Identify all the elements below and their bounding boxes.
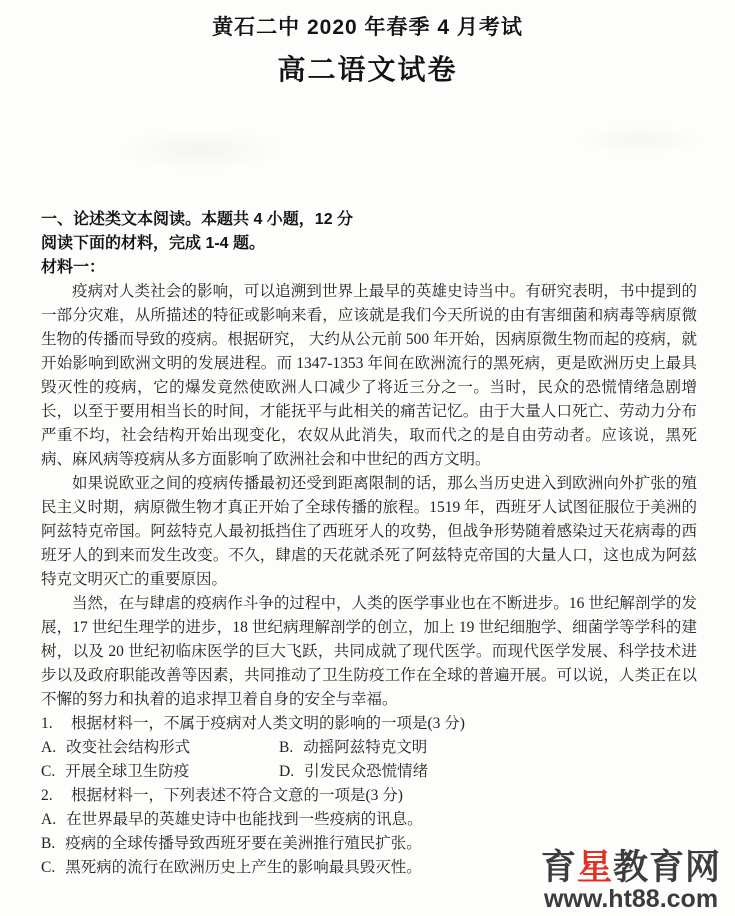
material-paragraph-1: 疫病对人类社会的影响，可以追溯到世界上最早的英雄史诗当中。有研究表明，书中提到的… xyxy=(41,280,697,472)
material-label: 材料一： xyxy=(41,256,697,280)
option-text: 在世界最早的英雄史诗中也能找到一些疫病的讯息。 xyxy=(66,808,423,832)
section-heading: 一、论述类文本阅读。本题共 4 小题，12 分 xyxy=(41,208,697,232)
question-2-option-a: A. 在世界最早的英雄史诗中也能找到一些疫病的讯息。 xyxy=(41,808,697,832)
paper-body: 一、论述类文本阅读。本题共 4 小题，12 分 阅读下面的材料，完成 1-4 题… xyxy=(0,208,735,880)
watermark-name-red-char: 星 xyxy=(577,848,613,887)
scanned-exam-page: 黄石二中 2020 年春季 4 月考试 高二语文试卷 一、论述类文本阅读。本题共… xyxy=(0,0,735,916)
question-1-option-b: B. 动摇阿兹特克文明 xyxy=(279,736,697,760)
question-2-number: 2. xyxy=(41,784,71,808)
question-1-option-d: D. 引发民众恐慌情绪 xyxy=(279,760,697,784)
material-paragraph-3: 当然，在与肆虐的疫病作斗争的过程中，人类的医学事业也在不断进步。16 世纪解剖学… xyxy=(41,592,697,712)
option-text: 黑死病的流行在欧洲历史上产生的影响最具毁灭性。 xyxy=(65,856,422,880)
question-2-stem: 2. 根据材料一，下列表述不符合文意的一项是(3 分) xyxy=(41,784,697,808)
option-label: C. xyxy=(41,760,55,784)
watermark-name-part1: 育 xyxy=(541,848,577,887)
option-text: 引发民众恐慌情绪 xyxy=(304,760,428,784)
section-instruction: 阅读下面的材料，完成 1-4 题。 xyxy=(41,232,697,256)
question-1-options: A. 改变社会结构形式 B. 动摇阿兹特克文明 C. 开展全球卫生防疫 D. 引… xyxy=(41,736,697,784)
watermark-name-part2: 教育网 xyxy=(613,848,721,887)
option-label: C. xyxy=(41,856,55,880)
option-text: 动摇阿兹特克文明 xyxy=(303,736,427,760)
page-header: 黄石二中 2020 年春季 4 月考试 高二语文试卷 xyxy=(0,0,735,90)
watermark-site-name: 育星教育网 xyxy=(533,850,729,885)
option-label: A. xyxy=(41,808,56,832)
option-label: A. xyxy=(41,736,56,760)
question-1-number: 1. xyxy=(41,712,71,736)
option-label: B. xyxy=(41,832,55,856)
option-text: 疫病的全球传播导致西班牙要在美洲推行殖民扩张。 xyxy=(65,832,422,856)
question-1-option-c: C. 开展全球卫生防疫 xyxy=(41,760,279,784)
material-paragraph-2: 如果说欧亚之间的疫病传播最初还受到距离限制的话，那么当历史进入到欧洲向外扩张的殖… xyxy=(41,472,697,592)
question-1-stem: 1. 根据材料一，不属于疫病对人类文明的影响的一项是(3 分) xyxy=(41,712,697,736)
option-text: 改变社会结构形式 xyxy=(66,736,190,760)
watermark-url: www.ht88.com xyxy=(533,887,729,912)
paper-title: 高二语文试卷 xyxy=(0,50,735,90)
question-1: 1. 根据材料一，不属于疫病对人类文明的影响的一项是(3 分) A. 改变社会结… xyxy=(41,712,697,784)
option-label: B. xyxy=(279,736,293,760)
option-text: 开展全球卫生防疫 xyxy=(65,760,189,784)
exam-title: 黄石二中 2020 年春季 4 月考试 xyxy=(0,12,735,44)
question-1-stem-text: 根据材料一，不属于疫病对人类文明的影响的一项是(3 分) xyxy=(71,712,465,736)
question-1-option-a: A. 改变社会结构形式 xyxy=(41,736,279,760)
watermark-logo: 育星教育网 www.ht88.com xyxy=(533,850,729,912)
option-label: D. xyxy=(279,760,294,784)
question-2-stem-text: 根据材料一，下列表述不符合文意的一项是(3 分) xyxy=(71,784,403,808)
